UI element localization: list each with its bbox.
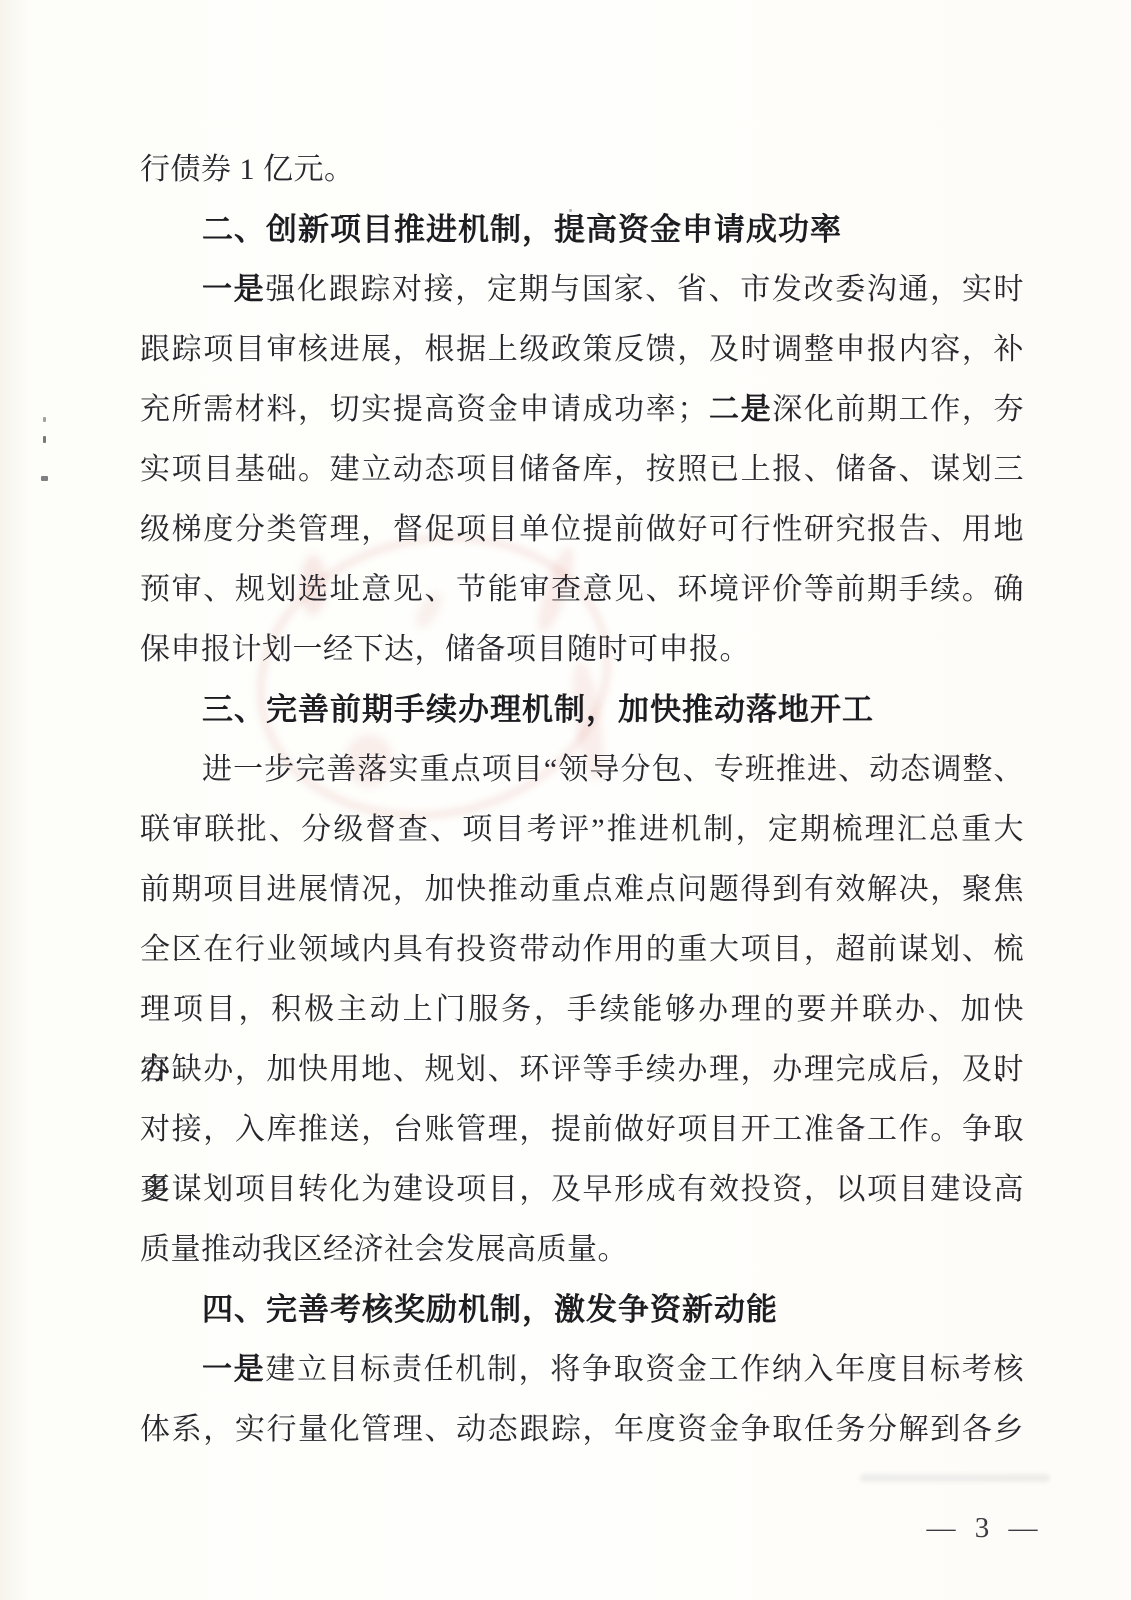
text-line: 行债券 1 亿元。 xyxy=(140,140,1024,200)
text-segment: 实项目基础。建立动态项目储备库，按照已上报、储备、谋划三 xyxy=(140,453,1024,486)
text-segment: 强化跟踪对接，定期与国家、省、市发改委沟通，实时 xyxy=(265,273,1024,306)
text-line: 进一步完善落实重点项目“领导分包、专班推进、动态调整、 xyxy=(140,740,1024,800)
text-line: 质量推动我区经济社会发展高质量。 xyxy=(140,1220,1024,1280)
text-line: 预审、规划选址意见、节能审查意见、环境评价等前期手续。确 xyxy=(140,560,1024,620)
page-number: — 3 — xyxy=(905,1508,1065,1548)
text-segment: 体系，实行量化管理、动态跟踪，年度资金争取任务分解到各乡 xyxy=(140,1413,1024,1446)
section-heading-line: 四、完善考核奖励机制，激发争资新动能 xyxy=(140,1280,1024,1340)
text-segment: 前期项目进展情况，加快推动重点难点问题得到有效解决，聚焦 xyxy=(140,873,1024,906)
text-segment: 级梯度分类管理，督促项目单位提前做好可行性研究报告、用地 xyxy=(140,513,1024,546)
text-segment: 行债券 1 亿元。 xyxy=(140,153,355,186)
scanned-document-page: 行债券 1 亿元。二、创新项目推进机制，提高资金申请成功率一是强化跟踪对接，定期… xyxy=(0,0,1131,1600)
text-line: 级梯度分类管理，督促项目单位提前做好可行性研究报告、用地 xyxy=(140,500,1024,560)
text-segment: 预审、规划选址意见、节能审查意见、环境评价等前期手续。确 xyxy=(140,573,1024,606)
text-segment: 联审联批、分级督查、项目考评”推进机制，定期梳理汇总重大 xyxy=(140,813,1024,846)
scan-speck xyxy=(41,476,48,481)
text-segment: 进一步完善落实重点项目“领导分包、专班推进、动态调整、 xyxy=(202,753,1024,786)
text-segment: 深化前期工作，夯 xyxy=(772,393,1024,426)
text-line: 容缺办，加快用地、规划、环评等手续办理，办理完成后，及时 xyxy=(140,1040,1024,1100)
text-segment: 建立目标责任机制，将争取资金工作纳入年度目标考核 xyxy=(265,1353,1024,1386)
bold-text-segment: 二是 xyxy=(708,393,772,426)
text-line: 充所需材料，切实提高资金申请成功率；二是深化前期工作，夯 xyxy=(140,380,1024,440)
text-segment: 保申报计划一经下达，储备项目随时可申报。 xyxy=(140,633,750,666)
bold-text-segment: 二、创新项目推进机制，提高资金申请成功率 xyxy=(202,212,842,247)
text-segment: 多谋划项目转化为建设项目，及早形成有效投资，以项目建设高 xyxy=(140,1173,1024,1206)
text-line: 体系，实行量化管理、动态跟踪，年度资金争取任务分解到各乡 xyxy=(140,1400,1024,1460)
document-body: 行债券 1 亿元。二、创新项目推进机制，提高资金申请成功率一是强化跟踪对接，定期… xyxy=(140,140,1024,1460)
text-line: 保申报计划一经下达，储备项目随时可申报。 xyxy=(140,620,1024,680)
text-line: 一是强化跟踪对接，定期与国家、省、市发改委沟通，实时 xyxy=(140,260,1024,320)
text-line: 对接，入库推送，台账管理，提前做好项目开工准备工作。争取更 xyxy=(140,1100,1024,1160)
bold-text-segment: 一是 xyxy=(202,273,265,306)
bold-text-segment: 四、完善考核奖励机制，激发争资新动能 xyxy=(202,1292,778,1327)
text-line: 联审联批、分级督查、项目考评”推进机制，定期梳理汇总重大 xyxy=(140,800,1024,860)
text-line: 多谋划项目转化为建设项目，及早形成有效投资，以项目建设高 xyxy=(140,1160,1024,1220)
text-segment: 充所需材料，切实提高资金申请成功率； xyxy=(140,393,708,426)
text-line: 跟踪项目审核进展，根据上级政策反馈，及时调整申报内容，补 xyxy=(140,320,1024,380)
text-line: 一是建立目标责任机制，将争取资金工作纳入年度目标考核 xyxy=(140,1340,1024,1400)
bleed-through-smudge xyxy=(860,1474,1050,1482)
text-segment: 全区在行业领域内具有投资带动作用的重大项目，超前谋划、梳 xyxy=(140,933,1024,966)
text-line: 实项目基础。建立动态项目储备库，按照已上报、储备、谋划三 xyxy=(140,440,1024,500)
text-line: 全区在行业领域内具有投资带动作用的重大项目，超前谋划、梳 xyxy=(140,920,1024,980)
text-line: 前期项目进展情况，加快推动重点难点问题得到有效解决，聚焦 xyxy=(140,860,1024,920)
text-line: 理项目，积极主动上门服务，手续能够办理的要并联办、加快办、 xyxy=(140,980,1024,1040)
scan-speck xyxy=(43,417,46,422)
bold-text-segment: 三、完善前期手续办理机制，加快推动落地开工 xyxy=(202,692,874,727)
scan-speck xyxy=(43,436,46,443)
text-segment: 质量推动我区经济社会发展高质量。 xyxy=(140,1233,628,1266)
bold-text-segment: 一是 xyxy=(202,1353,265,1386)
section-heading-line: 三、完善前期手续办理机制，加快推动落地开工 xyxy=(140,680,1024,740)
text-segment: 容缺办，加快用地、规划、环评等手续办理，办理完成后，及时 xyxy=(140,1053,1024,1086)
section-heading-line: 二、创新项目推进机制，提高资金申请成功率 xyxy=(140,200,1024,260)
text-segment: 跟踪项目审核进展，根据上级政策反馈，及时调整申报内容，补 xyxy=(140,333,1024,366)
